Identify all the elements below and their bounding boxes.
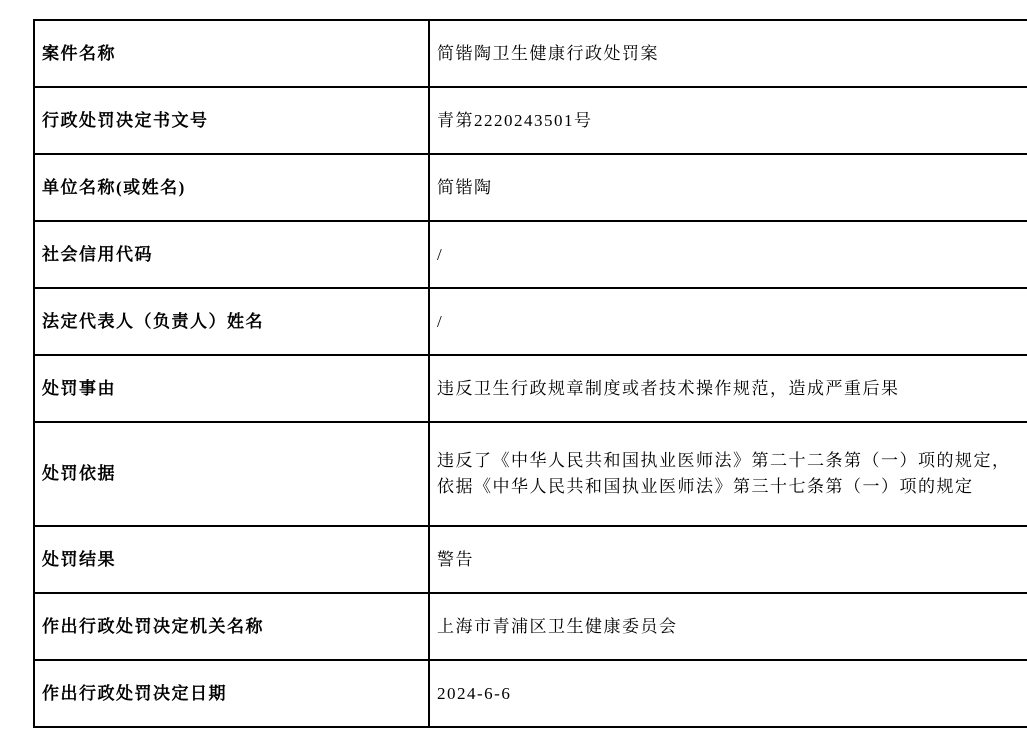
field-value: 违反卫生行政规章制度或者技术操作规范，造成严重后果	[429, 355, 1027, 422]
field-label: 案件名称	[34, 20, 429, 87]
table-row: 处罚事由 违反卫生行政规章制度或者技术操作规范，造成严重后果	[34, 355, 1027, 422]
table-row: 单位名称(或姓名) 简锴陶	[34, 154, 1027, 221]
field-label: 作出行政处罚决定机关名称	[34, 593, 429, 660]
field-value: 青第2220243501号	[429, 87, 1027, 154]
field-label: 单位名称(或姓名)	[34, 154, 429, 221]
field-label: 法定代表人（负责人）姓名	[34, 288, 429, 355]
field-value: 上海市青浦区卫生健康委员会	[429, 593, 1027, 660]
penalty-table: 案件名称 简锴陶卫生健康行政处罚案 行政处罚决定书文号 青第2220243501…	[33, 19, 1027, 728]
field-value: 违反了《中华人民共和国执业医师法》第二十二条第（一）项的规定，依据《中华人民共和…	[429, 422, 1027, 526]
field-label: 处罚结果	[34, 526, 429, 593]
field-value: 简锴陶卫生健康行政处罚案	[429, 20, 1027, 87]
table-row: 处罚依据 违反了《中华人民共和国执业医师法》第二十二条第（一）项的规定，依据《中…	[34, 422, 1027, 526]
field-label: 处罚事由	[34, 355, 429, 422]
table-row: 作出行政处罚决定日期 2024-6-6	[34, 660, 1027, 727]
field-value: 警告	[429, 526, 1027, 593]
table-row: 社会信用代码 /	[34, 221, 1027, 288]
table-row: 作出行政处罚决定机关名称 上海市青浦区卫生健康委员会	[34, 593, 1027, 660]
field-value: 2024-6-6	[429, 660, 1027, 727]
table-row: 法定代表人（负责人）姓名 /	[34, 288, 1027, 355]
field-value: /	[429, 288, 1027, 355]
field-label: 处罚依据	[34, 422, 429, 526]
field-label: 行政处罚决定书文号	[34, 87, 429, 154]
field-label: 作出行政处罚决定日期	[34, 660, 429, 727]
field-value: 简锴陶	[429, 154, 1027, 221]
table-row: 行政处罚决定书文号 青第2220243501号	[34, 87, 1027, 154]
field-label: 社会信用代码	[34, 221, 429, 288]
penalty-record-page: 案件名称 简锴陶卫生健康行政处罚案 行政处罚决定书文号 青第2220243501…	[0, 0, 1027, 753]
table-row: 案件名称 简锴陶卫生健康行政处罚案	[34, 20, 1027, 87]
table-row: 处罚结果 警告	[34, 526, 1027, 593]
field-value: /	[429, 221, 1027, 288]
